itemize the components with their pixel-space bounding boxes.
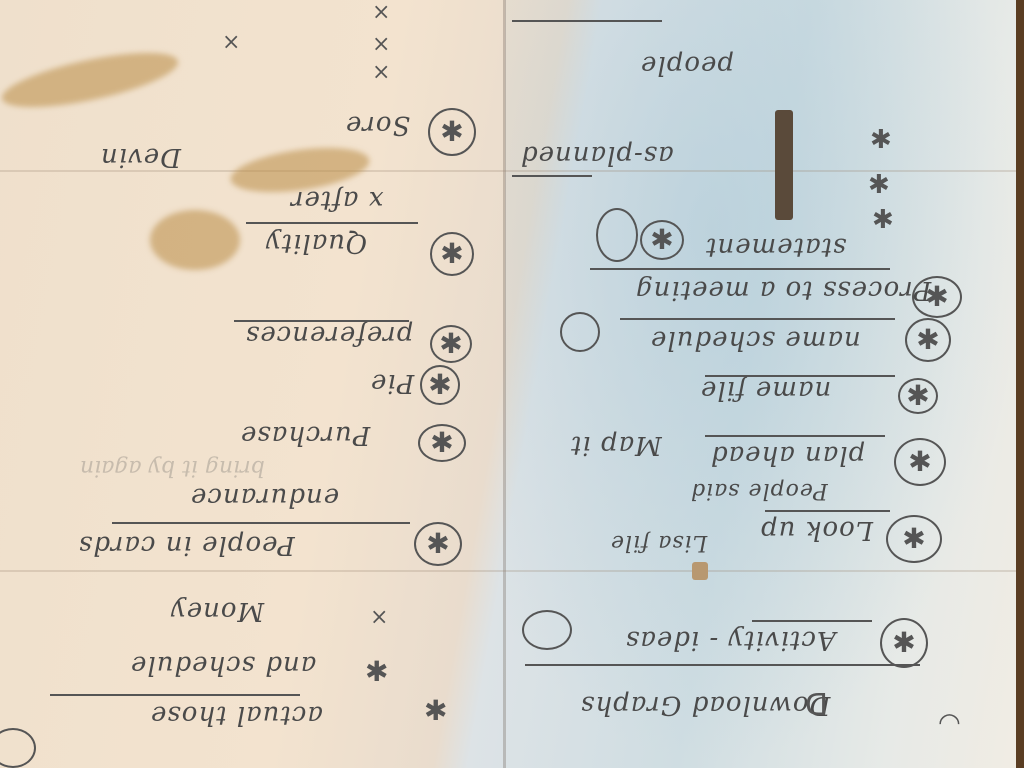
note-text: Process to a meeting [635,275,931,305]
vertical-fold [503,0,506,768]
cross-mark: × [372,32,390,57]
strike-line [512,175,592,177]
note-text: Money [170,596,264,626]
strike-line [112,522,410,524]
note-text: Sore [345,110,410,140]
note-text: endurance [190,482,339,512]
note-text: Pie [370,368,414,398]
circled-asterisk-icon: ✱ [418,424,466,462]
asterisk-mark: ✱ [870,125,892,155]
circled-mark-icon [596,208,638,262]
cross-mark: × [222,30,240,55]
circled-asterisk-icon: ✱ [428,108,476,156]
circled-asterisk-icon: ✱ [880,618,928,668]
note-text: name file [700,375,831,405]
note-text: as-planned [520,140,674,170]
cross-mark: × [372,0,390,25]
circled-asterisk-icon: ✱ [886,515,942,563]
circled-asterisk-icon: ✱ [640,220,684,260]
circled-asterisk-icon: ✱ [414,522,462,566]
note-text: x after [290,185,383,215]
strike-line [525,664,920,666]
horizontal-fold [0,570,1024,572]
note-text: Quality [265,228,367,258]
asterisk-mark: ✱ [424,694,447,727]
circled-asterisk-icon: ✱ [430,325,472,363]
circled-asterisk-icon: ✱ [905,318,951,362]
cross-mark: × [372,60,390,85]
tear-hole [692,562,708,580]
d-mark: ᗡ [805,688,828,723]
note-text: and schedule [130,650,316,680]
curve-mark: ◠ [938,708,961,738]
tear-hole [775,110,793,220]
note-text: Activity - ideas [625,625,836,655]
circled-asterisk-icon: ✱ [420,365,460,405]
note-text: plan ahead [710,440,865,470]
asterisk-mark: ✱ [872,205,894,235]
table-edge [1016,0,1024,768]
note-text: People said [690,478,828,503]
note-text: Download Graphs [580,690,830,720]
strike-line [246,222,418,224]
asterisk-mark: ✱ [365,655,388,688]
stain [150,210,240,270]
note-text: Lisa file [610,530,707,555]
strike-line [590,268,890,270]
strike-line [752,620,872,622]
note-text: preferences [245,320,413,350]
note-text: actual those [150,700,323,730]
strike-line [705,435,885,437]
asterisk-mark: ✱ [868,170,890,200]
note-text: name schedule [650,325,861,355]
circled-mark-icon [560,312,600,352]
note-text: Devin [100,142,181,172]
note-text: statement [705,232,846,262]
note-text: Map it [570,430,662,460]
circled-mark-icon [522,610,572,650]
cross-mark: × [370,605,388,630]
strike-line [512,20,662,22]
circled-asterisk-icon: ✱ [430,232,474,276]
note-text: Purchase [240,420,370,450]
circled-asterisk-icon: ✱ [894,438,946,486]
note-text: Look up [760,515,873,545]
note-text: People in cards [78,530,295,560]
strike-line [50,694,300,696]
strike-line [620,318,895,320]
strike-line [765,510,890,512]
circled-asterisk-icon: ✱ [898,378,938,414]
faint-text: bring it by again [80,455,265,480]
note-text: people [640,50,734,80]
